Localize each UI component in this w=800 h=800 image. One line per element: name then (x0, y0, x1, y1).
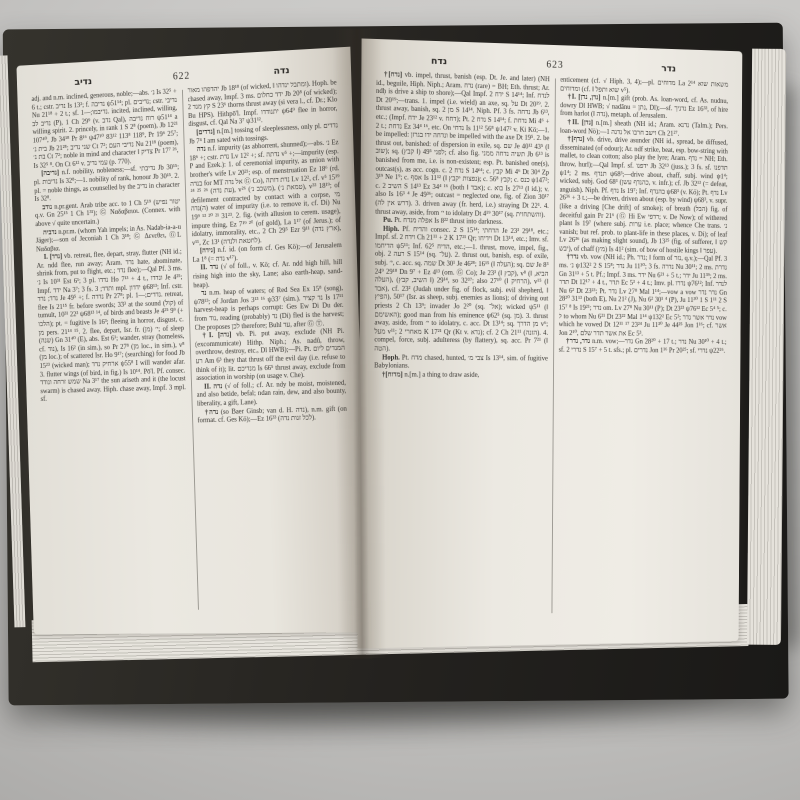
entry-paragraph: יהדפהו מאור Jb 18¹⁸ (of wicked, ‖ ומתבל … (187, 79, 338, 129)
entry-paragraph: I. [נדד] vb. retreat, flee, depart, stra… (36, 249, 186, 405)
entry-paragraph: †נדר, נדר n.m. vow;—נדר Gn 28²⁰ + 17 t.;… (558, 338, 726, 356)
desk-surface: נדיב 622 נדה adj. and n.m. inclined, gen… (0, 0, 800, 800)
entry-paragraph: †[מדוח] n.[m.] a thing to draw aside, (374, 371, 548, 380)
left-page: נדיב 622 נדה adj. and n.m. inclined, gen… (16, 47, 368, 635)
entry-paragraph: נדה n.f. impurity (as abhorrent, shunned… (189, 139, 342, 248)
left-page-column-1: adj. and n.m. inclined, generous, noble;… (31, 88, 193, 621)
right-page: נדח 623 נדר †[נדח] vb. impel, thrust, ba… (357, 38, 742, 648)
guide-word-right: נדה (231, 63, 332, 80)
guide-word-left: נדח (380, 54, 497, 69)
page-number: 623 (497, 58, 612, 72)
left-page-columns: adj. and n.m. inclined, generous, noble;… (31, 79, 353, 620)
right-page-column-1: †[נדח] vb. impel, thrust, banish (esp. D… (372, 71, 549, 626)
entry-paragraph: adj. and n.m. inclined, generous, noble;… (31, 88, 179, 171)
right-page-content: נדח 623 נדר †[נדח] vb. impel, thrust, ba… (357, 38, 742, 648)
entry-paragraph: †נדה (so Baer Ginsb; van d. H. נדה), n.m… (197, 405, 347, 426)
entry-paragraph: II. נדה (√ of foll.; cf. Ar. ndy be mois… (196, 380, 346, 410)
left-page-column-2: יהדפהו מאור Jb 18¹⁸ (of wicked, ‖ ומתבל … (187, 79, 353, 619)
entry-paragraph: †[נדף] vb. drive, drive asunder (NH id.,… (559, 136, 728, 257)
page-stack-fore-edge (747, 49, 786, 645)
entry-paragraph: נד n.m. heap of waters; of Red Sea Ex 15… (193, 285, 344, 333)
right-page-column-2: enticement (cf. √ Hiph. 3, 4);—pl. מדוחי… (557, 77, 729, 623)
left-page-content: נדיב 622 נדה adj. and n.m. inclined, gen… (16, 47, 368, 635)
entry-paragraph: †I. [נדה] vb. Pi. put away, exclude (NH … (195, 328, 346, 384)
open-book: נדיב 622 נדה adj. and n.m. inclined, gen… (0, 0, 800, 800)
guide-word-right: נדר (612, 62, 725, 76)
page-number: 622 (132, 68, 231, 84)
entry-paragraph: Hoph. Pt. מדח chased, hunted, צבי מ׳ Is … (374, 354, 548, 372)
entry-paragraph: Hiph. Pf. והדיח consec. 2 S 15¹⁴; הדחתי … (374, 225, 548, 355)
entry-paragraph: †[נדח] vb. impel, thrust, banish (esp. D… (375, 71, 550, 220)
guide-word-left: נדיב (35, 74, 133, 90)
entry-paragraph: †נדר vb. vow (NH id.; Ph. נדר; ‖ form of… (559, 254, 728, 340)
right-page-columns: †[נדח] vb. impel, thrust, banish (esp. D… (372, 71, 728, 626)
